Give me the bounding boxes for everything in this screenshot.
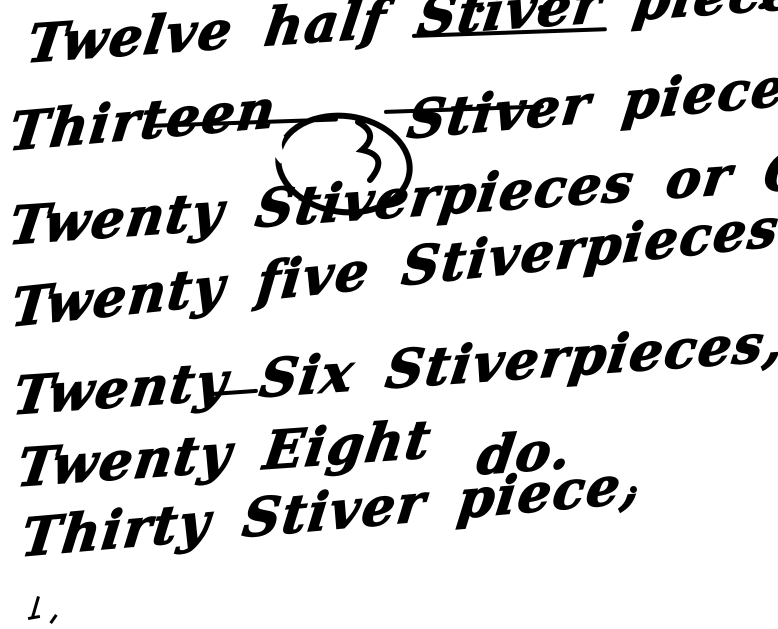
ink-speck-top-mid	[538, 5, 545, 12]
manuscript-line-5: Twenty Six Stiverpieces,	[10, 314, 778, 426]
stray-ink-comma	[49, 614, 57, 624]
ink-speck-mid-right	[630, 486, 637, 493]
stray-ink-tick-foot	[28, 615, 40, 620]
manuscript-line-1: Twelve half Stiver piece	[24, 0, 778, 74]
manuscript-line-2-word-stiver-piece: Stiver piece	[404, 58, 778, 149]
manuscript-page: Twelve half Stiver piece Thirteen Stiver…	[0, 0, 778, 629]
